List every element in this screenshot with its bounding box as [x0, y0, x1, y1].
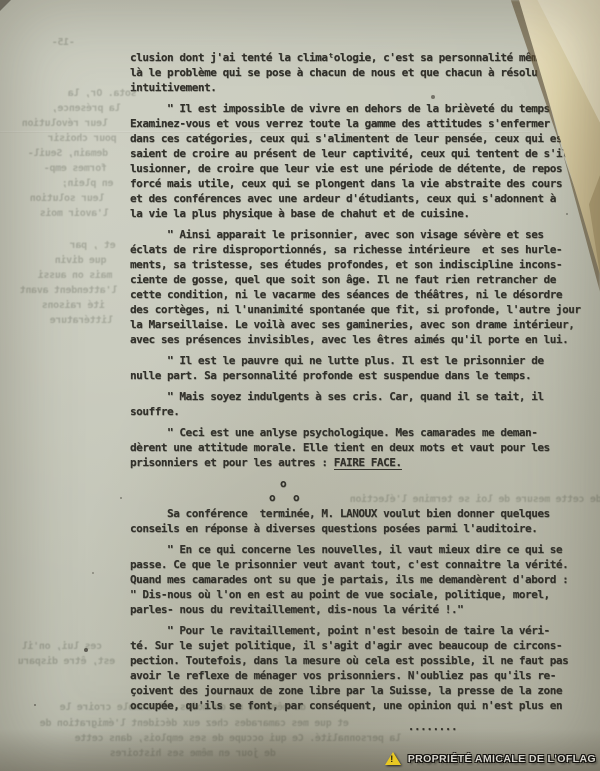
text-line: Sa conférence terminée, M. LANOUX voulut…	[130, 506, 584, 521]
page-number: -14-	[526, 14, 560, 29]
watermark: ! PROPRIÉTÉ AMICALE DE L'OFLAG	[385, 752, 596, 765]
text-line: parles- nous du revitaillement, dis-nous…	[130, 602, 584, 617]
paragraph: Sa conférence terminée, M. LANOUX voulut…	[130, 506, 584, 536]
text-line: la Marseillaise. Le voilà avec ses gamin…	[130, 317, 584, 332]
separator-glyph: o	[269, 490, 275, 505]
text-line: avec ses présences invisibles, avec les …	[130, 332, 584, 347]
text-line: la vie la plus physique à base de chahut…	[130, 206, 584, 221]
bleed-through-fragment: littérature	[50, 315, 113, 326]
text-line: là le problème qui se pose à chacun de n…	[130, 65, 584, 80]
text-line: " Ceci est une anlyse psychologique. Mes…	[130, 425, 584, 440]
text-line: forcé mais utile, ceux qui se plongent d…	[130, 176, 584, 191]
bleed-through-fragment: -15-	[52, 37, 75, 48]
lecture-transcript-section: clusion dont j'ai tenté la climaᵗologie,…	[130, 50, 584, 470]
section-separator: o o o	[130, 476, 584, 506]
text-line: conseils en réponse à diverses questions…	[130, 521, 584, 536]
paragraph: " En ce qui concerne les nouvelles, il v…	[130, 542, 584, 617]
typewritten-text-column: clusion dont j'ai tenté la climaᵗologie,…	[130, 50, 584, 740]
text-line: " En ce qui concerne les nouvelles, il v…	[130, 542, 584, 557]
paragraph: " Il est le pauvre qui ne lutte plus. Il…	[130, 353, 584, 383]
bleed-through-fragment: la présence,	[52, 103, 121, 114]
text-line: ments, sa tristesse, ses études profonde…	[130, 257, 584, 272]
bleed-through-fragment: demain, Seuil-	[28, 148, 108, 159]
text-line: intuitivement.	[130, 80, 584, 95]
bleed-through-fragment: leur révolution	[22, 118, 108, 129]
paragraph: " Ainsi apparait le prisonnier, avec son…	[130, 227, 584, 347]
warning-exclamation: !	[390, 755, 393, 764]
text-line: pection. Toutefois, dans la mesure où ce…	[130, 653, 584, 668]
text-line: et des conférences avec une ardeur d'étu…	[130, 191, 584, 206]
bleed-through-fragment: l'attendent avant	[20, 285, 117, 296]
text-line: lusionner, de croire que leur vie est un…	[130, 161, 584, 176]
bleed-through-fragment: que divin	[55, 255, 107, 266]
bleed-through-fragment: sota. Or, la	[68, 88, 137, 99]
text-line: occupée, qu'ils se font, par conséquent,…	[130, 698, 584, 713]
text-line: souffre.	[130, 404, 584, 419]
text-line: clusion dont j'ai tenté la climaᵗologie,…	[130, 50, 584, 65]
bleed-through-fragment: formes emp-	[44, 163, 107, 174]
bleed-through-fragment: leur solution	[30, 193, 104, 204]
paragraph: " Ceci est une anlyse psychologique. Mes…	[130, 425, 584, 470]
bleed-through-fragment: ces lui, on'il	[22, 641, 102, 652]
separator-glyph: o	[293, 490, 299, 505]
text-line: dèrent une attitude morale. Elle tient e…	[130, 440, 584, 455]
text-line: " Il est le pauvre qui ne lutte plus. Il…	[130, 353, 584, 368]
text-line: " Pour le ravitaillement, point n'est be…	[130, 623, 584, 638]
text-line: " Il est impossible de vivre en dehors d…	[130, 101, 584, 116]
text-line: avoir le reflexe de ménager vos prisonni…	[130, 668, 584, 683]
ink-specks	[0, 0, 2, 2]
bleed-through-fragment: en plein;	[62, 178, 114, 189]
bleed-through-fragment: pour choisir	[48, 133, 117, 144]
text-line: " Dis-nous où l'on en est au point de vu…	[130, 587, 584, 602]
text-line: té. Sur le sujet politique, il s'agit d'…	[130, 638, 584, 653]
text-line: ciente de gosse, quel que soit son âge. …	[130, 272, 584, 287]
bleed-through-fragment: ité raisons	[42, 300, 105, 311]
underlined-phrase: FAIRE FACE.	[334, 456, 402, 470]
text-line: saient de croire au présent de leur capt…	[130, 146, 584, 161]
questions-answers-section: Sa conférence terminée, M. LANOUX voulut…	[130, 506, 584, 734]
watermark-text: PROPRIÉTÉ AMICALE DE L'OFLAG	[408, 753, 596, 765]
paragraph: " Il est impossible de vivre en dehors d…	[130, 101, 584, 221]
text-line: prisonniers et pour les autres : FAIRE F…	[130, 455, 584, 470]
separator-glyph: o	[280, 476, 286, 491]
text-line: des cortèges, ni l'unanimité spontanée q…	[130, 302, 584, 317]
bleed-through-fragment: l'avoir mois	[40, 208, 109, 219]
bleed-through-fragment: est, être disparu	[18, 656, 115, 667]
paragraph: " Mais soyez indulgents à ses cris. Car,…	[130, 389, 584, 419]
warning-triangle-icon: !	[385, 752, 401, 765]
text-line: " Ainsi apparait le prisonnier, avec son…	[130, 227, 584, 242]
paragraph: clusion dont j'ai tenté la climaᵗologie,…	[130, 50, 584, 95]
text-line: passe. Ce que le prisonnier veut avant t…	[130, 557, 584, 572]
text-line: Examinez-vous et vous verrez toute la ga…	[130, 116, 584, 131]
text-line: cette condition, ni le vacarme des séanc…	[130, 287, 584, 302]
text-line: éclats de rire disproportionnés, sa rich…	[130, 242, 584, 257]
text-line: " Mais soyez indulgents à ses cris. Car,…	[130, 389, 584, 404]
bleed-through-fragment: et , par	[70, 240, 116, 251]
text-line: dans ces catégories, ceux qui s'alimente…	[130, 131, 584, 146]
photo-of-typewritten-page: -15-sota. Or, lala présence,leur révolut…	[0, 0, 600, 771]
bleed-through-fragment: mais on aussi	[38, 270, 112, 281]
paragraph: " Pour le ravitaillement, point n'est be…	[130, 623, 584, 713]
text-line: Quand mes camarades ont su que je partai…	[130, 572, 584, 587]
document-page: -15-sota. Or, lala présence,leur révolut…	[0, 0, 600, 771]
text-line: çoivent des journaux de zone libre par l…	[130, 683, 584, 698]
text-line: nulle part. Sa personnalité profonde est…	[130, 368, 584, 383]
